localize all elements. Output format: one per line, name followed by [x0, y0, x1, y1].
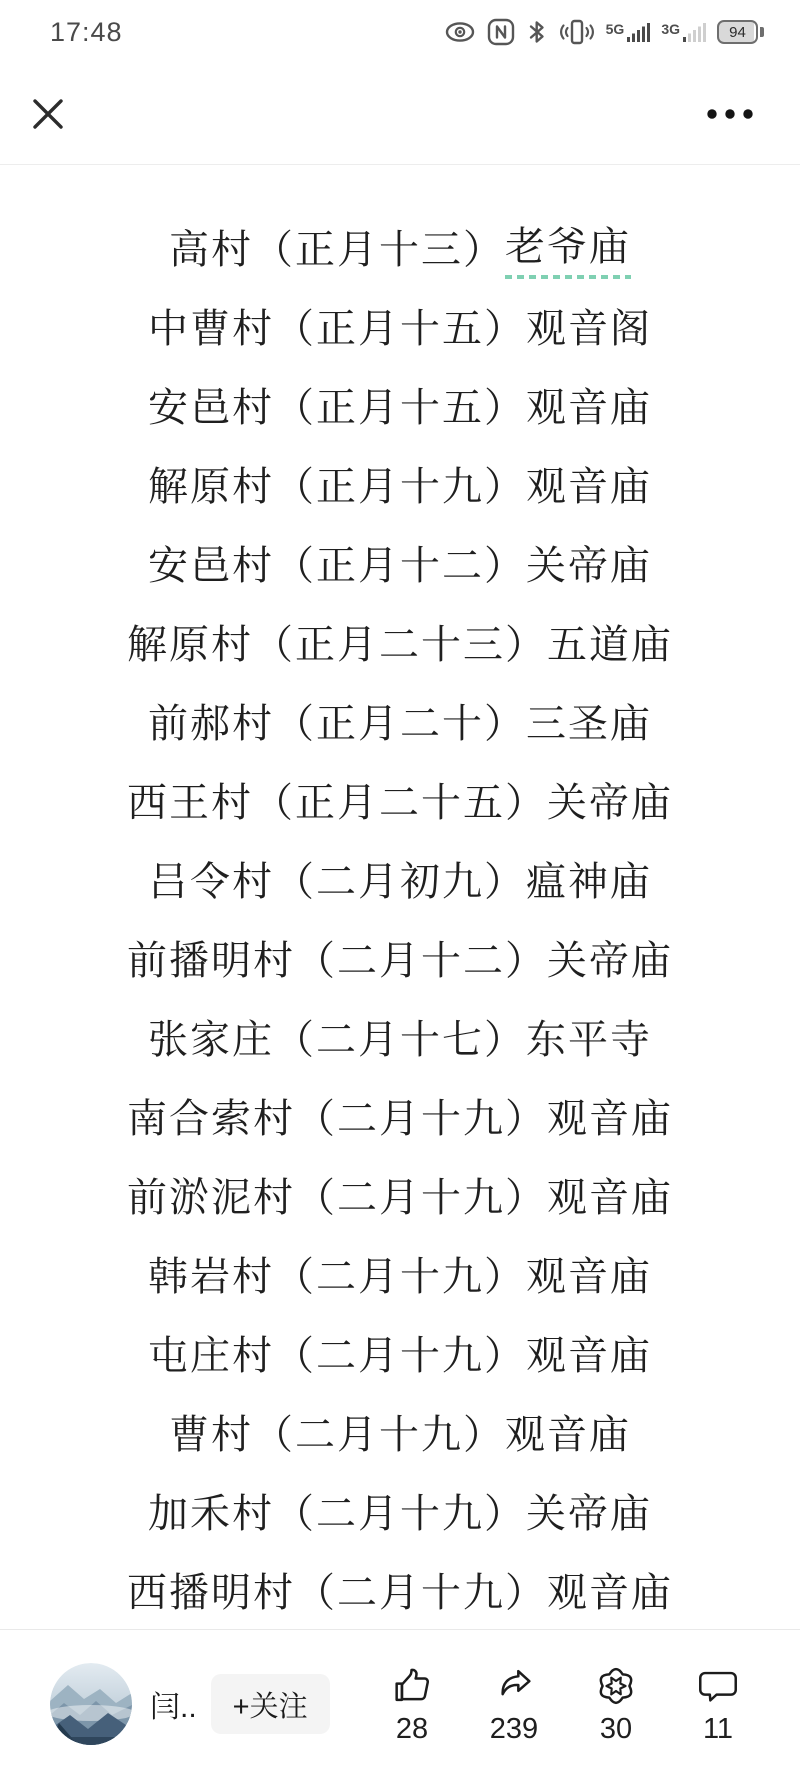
- festival-line: 吕令村（二月初九）瘟神庙: [0, 839, 800, 918]
- action-buttons: 28 239 30 11: [376, 1663, 754, 1746]
- signal-3g-icon: 3G: [661, 21, 706, 43]
- festival-line-text: 加禾村（二月十九）关帝庙: [148, 1482, 652, 1539]
- festival-line: 解原村（正月十九）观音庙: [0, 444, 800, 523]
- festival-line: 前播明村（二月十二）关帝庙: [0, 918, 800, 997]
- comment-bubble-icon: [695, 1663, 741, 1709]
- festival-line-text: 中曹村（正月十五）观音阁: [148, 297, 652, 354]
- comment-count: 11: [703, 1713, 733, 1746]
- festival-line-text: 曹村（二月十九）观音庙: [169, 1403, 631, 1460]
- bottom-action-bar: 闫.. +关注 28 239: [0, 1629, 800, 1778]
- status-bar: 17:48 5G: [0, 0, 800, 64]
- festival-line-text: 高村（正月十三）: [169, 218, 505, 275]
- comment-button[interactable]: 11: [682, 1663, 754, 1746]
- repost-count: 30: [600, 1713, 632, 1746]
- festival-line-text: 解原村（正月十九）观音庙: [148, 455, 652, 512]
- festival-line-text: 西王村（正月二十五）关帝庙: [127, 771, 673, 828]
- festival-line-text: 张家庄（二月十七）东平寺: [148, 1008, 652, 1065]
- nfc-icon: [487, 18, 515, 46]
- festival-line: 前淤泥村（二月十九）观音庙: [0, 1155, 800, 1234]
- phone-screen: 17:48 5G: [0, 0, 800, 1778]
- festival-line-text: 解原村（正月二十三）五道庙: [127, 613, 673, 670]
- festival-line: 安邑村（正月十二）关帝庙: [0, 523, 800, 602]
- festival-line: 张家庄（二月十七）东平寺: [0, 997, 800, 1076]
- close-icon[interactable]: [30, 96, 66, 132]
- avatar[interactable]: [50, 1663, 132, 1745]
- festival-line: 前郝村（正月二十）三圣庙: [0, 681, 800, 760]
- more-dots-icon: [706, 108, 754, 120]
- festival-line-text: 前播明村（二月十二）关帝庙: [127, 929, 673, 986]
- battery-icon: 94: [717, 20, 764, 44]
- battery-percent-text: 94: [729, 24, 746, 41]
- festival-line: 中曹村（正月十五）观音阁: [0, 286, 800, 365]
- signal-5g-icon: 5G: [606, 21, 651, 43]
- share-count: 239: [490, 1713, 538, 1746]
- like-button[interactable]: 28: [376, 1663, 448, 1746]
- follow-button-label: +关注: [233, 1684, 308, 1725]
- follow-button[interactable]: +关注: [211, 1674, 330, 1734]
- flower-badge-icon: [593, 1663, 639, 1709]
- festival-line: 解原村（正月二十三）五道庙: [0, 602, 800, 681]
- festival-line: 屯庄村（二月十九）观音庙: [0, 1313, 800, 1392]
- more-menu-button[interactable]: [706, 108, 754, 120]
- vibrate-icon: [559, 18, 595, 46]
- festival-line-text: 前郝村（正月二十）三圣庙: [148, 692, 652, 749]
- author-name[interactable]: 闫..: [150, 1682, 197, 1726]
- status-icons: 5G 3G: [444, 18, 764, 46]
- festival-line-text: 安邑村（正月十二）关帝庙: [148, 534, 652, 591]
- festival-line: 曹村（二月十九）观音庙: [0, 1392, 800, 1471]
- festival-line-text: 南合索村（二月十九）观音庙: [127, 1087, 673, 1144]
- signal-5g-label: 5G: [606, 22, 625, 36]
- share-arrow-icon: [491, 1663, 537, 1709]
- festival-line: 高村（正月十三）老爷庙: [0, 207, 800, 286]
- festival-line: 南合索村（二月十九）观音庙: [0, 1076, 800, 1155]
- festival-line-text: 韩岩村（二月十九）观音庙: [148, 1245, 652, 1302]
- keyword-link[interactable]: 老爷庙: [505, 215, 631, 279]
- festival-line-text: 吕令村（二月初九）瘟神庙: [148, 850, 652, 907]
- avatar-mountains-image: [50, 1663, 132, 1745]
- festival-line-text: 安邑村（正月十五）观音庙: [148, 376, 652, 433]
- like-count: 28: [396, 1713, 428, 1746]
- eye-protection-icon: [444, 20, 476, 44]
- festival-line: 韩岩村（二月十九）观音庙: [0, 1234, 800, 1313]
- bluetooth-icon: [526, 18, 548, 46]
- article-body: 高村（正月十三）老爷庙 中曹村（正月十五）观音阁 安邑村（正月十五）观音庙 解原…: [0, 165, 800, 1629]
- festival-line: 加禾村（二月十九）关帝庙: [0, 1471, 800, 1550]
- festival-line-text: 前淤泥村（二月十九）观音庙: [127, 1166, 673, 1223]
- share-button[interactable]: 239: [478, 1663, 550, 1746]
- signal-3g-label: 3G: [661, 22, 680, 36]
- clock-text: 17:48: [50, 17, 123, 48]
- festival-line: 安邑村（正月十五）观音庙: [0, 365, 800, 444]
- thumbs-up-icon: [389, 1663, 435, 1709]
- festival-line: 西王村（正月二十五）关帝庙: [0, 760, 800, 839]
- festival-line-text: 西播明村（二月十九）观音庙: [127, 1561, 673, 1618]
- repost-button[interactable]: 30: [580, 1663, 652, 1746]
- article-header: [0, 64, 800, 164]
- festival-line: 西播明村（二月十九）观音庙: [0, 1550, 800, 1629]
- festival-line-text: 屯庄村（二月十九）观音庙: [148, 1324, 652, 1381]
